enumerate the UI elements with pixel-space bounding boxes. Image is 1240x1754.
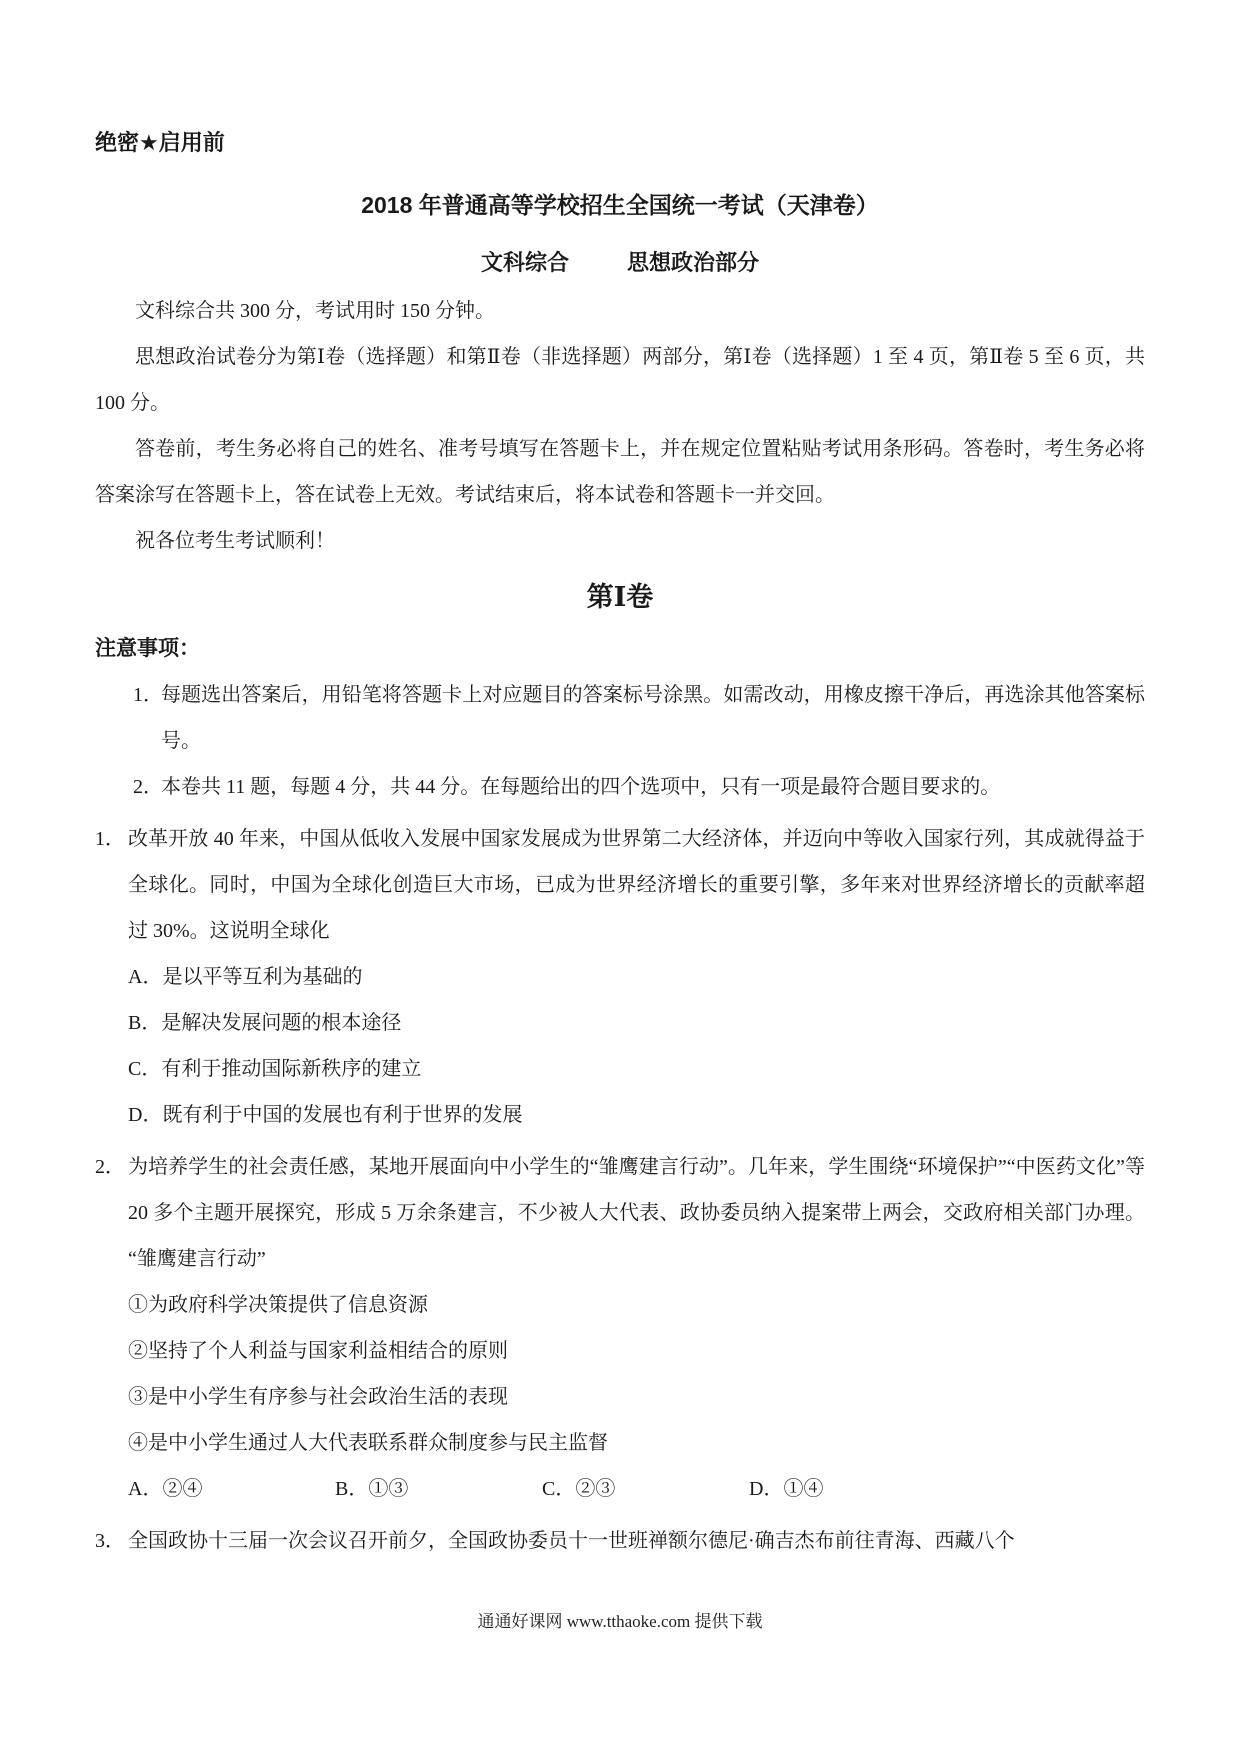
options-row: A．②④ B．①③ C．②③ D．①④ [128,1466,1145,1512]
note-item: 2． 本卷共 11 题，每题 4 分，共 44 分。在每题给出的四个选项中，只有… [95,764,1145,810]
instruction-paragraph: 祝各位考生考试顺利！ [95,518,1145,564]
question-stem: 全国政协十三届一次会议召开前夕，全国政协委员十一世班禅额尔德尼·确吉杰布前往青海… [128,1518,1145,1564]
statement-3: ③是中小学生有序参与社会政治生活的表现 [128,1374,1145,1420]
instruction-paragraph: 答卷前，考生务必将自己的姓名、准考号填写在答题卡上，并在规定位置粘贴考试用条形码… [95,426,1145,518]
option-c: C．②③ [542,1466,744,1512]
notes-header: 注意事项： [95,626,1145,672]
question-1: 1． 改革开放 40 年来，中国从低收入发展中国家发展成为世界第二大经济体，并迈… [95,816,1145,1138]
note-text: 本卷共 11 题，每题 4 分，共 44 分。在每题给出的四个选项中，只有一项是… [161,776,1000,798]
note-item: 1． 每题选出答案后，用铅笔将答题卡上对应题目的答案标号涂黑。如需改动，用橡皮擦… [95,672,1145,764]
page-footer-watermark: 通通好课网 www.tthaoke.com 提供下载 [95,1610,1145,1634]
subject-name: 文科综合 [481,250,569,275]
statement-2: ②坚持了个人利益与国家利益相结合的原则 [128,1328,1145,1374]
question-3: 3． 全国政协十三届一次会议召开前夕，全国政协委员十一世班禅额尔德尼·确吉杰布前… [95,1518,1145,1564]
exam-subtitle: 文科综合思想政治部分 [95,250,1145,276]
secrecy-notice: 绝密★启用前 [95,130,1145,156]
question-number: 3． [95,1518,125,1564]
instruction-paragraph: 思想政治试卷分为第Ⅰ卷（选择题）和第Ⅱ卷（非选择题）两部分，第Ⅰ卷（选择题）1 … [95,334,1145,426]
statement-4: ④是中小学生通过人大代表联系群众制度参与民主监督 [128,1420,1145,1466]
exam-title: 2018 年普通高等学校招生全国统一考试（天津卷） [95,192,1145,220]
question-stem: 为培养学生的社会责任感，某地开展面向中小学生的“雏鹰建言行动”。几年来，学生围绕… [128,1144,1145,1282]
exam-paper-page: 绝密★启用前 2018 年普通高等学校招生全国统一考试（天津卷） 文科综合思想政… [0,0,1240,1754]
section-title: 第Ⅰ卷 [95,576,1145,619]
section-name: 思想政治部分 [627,250,759,275]
option-d: D．①④ [749,1466,823,1512]
option-b: B．是解决发展问题的根本途径 [128,1000,1145,1046]
note-number: 1． [133,672,163,718]
option-a: A．是以平等互利为基础的 [128,954,1145,1000]
question-2: 2． 为培养学生的社会责任感，某地开展面向中小学生的“雏鹰建言行动”。几年来，学… [95,1144,1145,1512]
note-number: 2． [133,764,163,810]
exam-instructions: 文科综合共 300 分，考试用时 150 分钟。 思想政治试卷分为第Ⅰ卷（选择题… [95,288,1145,564]
question-number: 2． [95,1144,125,1190]
instruction-paragraph: 文科综合共 300 分，考试用时 150 分钟。 [95,288,1145,334]
note-text: 每题选出答案后，用铅笔将答题卡上对应题目的答案标号涂黑。如需改动，用橡皮擦干净后… [161,684,1145,752]
option-a: A．②④ [128,1466,330,1512]
question-number: 1． [95,816,125,862]
option-b: B．①③ [335,1466,537,1512]
option-d: D．既有利于中国的发展也有利于世界的发展 [128,1092,1145,1138]
option-c: C．有利于推动国际新秩序的建立 [128,1046,1145,1092]
statement-1: ①为政府科学决策提供了信息资源 [128,1282,1145,1328]
question-stem: 改革开放 40 年来，中国从低收入发展中国家发展成为世界第二大经济体，并迈向中等… [128,816,1145,954]
